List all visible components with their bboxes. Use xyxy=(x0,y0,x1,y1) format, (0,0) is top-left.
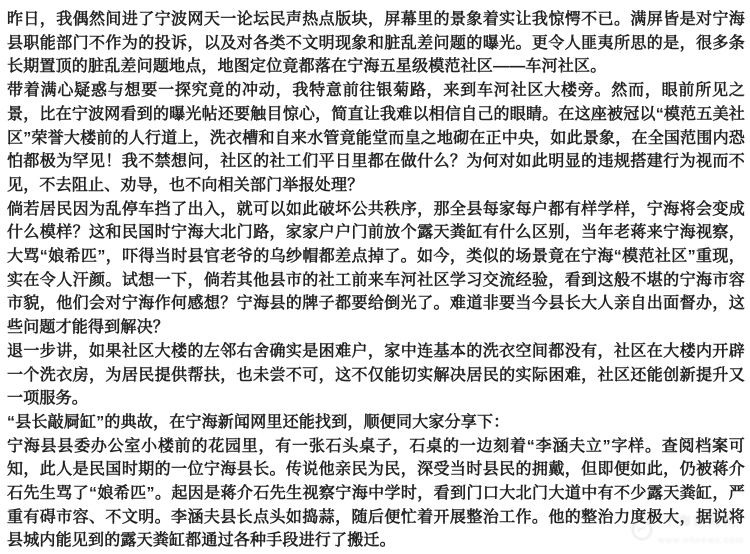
article-paragraph: 带着满心疑惑与想要一探究竟的冲动，我特意前往银菊路，来到车河社区大楼旁。然而，眼… xyxy=(7,79,745,198)
article-paragraph: 倘若居民因为乱停车挡了出入，就可以如此破坏公共秩序，那全县每家每户都有样学样，宁… xyxy=(7,198,745,340)
article-paragraph: 退一步讲，如果社区大楼的左邻右舍确实是困难户，家中连基本的洗衣空间都没有，社区在… xyxy=(7,340,745,411)
watermark: 宁海新闻网 www.nhnews.com xyxy=(631,512,744,548)
article-paragraph: 昨日，我偶然间进了宁波网天一论坛民声热点版块，屏幕里的景象着实让我惊愕不已。满屏… xyxy=(7,8,745,79)
watermark-site-name: 宁海新闻网 xyxy=(663,514,738,528)
watermark-url: www.nhnews.com xyxy=(658,535,744,545)
article-paragraph: “县长敲屙缸”的典故，在宁海新闻网里还能找到，顺便同大家分享下： xyxy=(7,411,745,435)
watermark-logo-icon xyxy=(631,519,653,541)
article-body: 昨日，我偶然间进了宁波网天一论坛民声热点版块，屏幕里的景象着实让我惊愕不已。满屏… xyxy=(0,0,750,553)
